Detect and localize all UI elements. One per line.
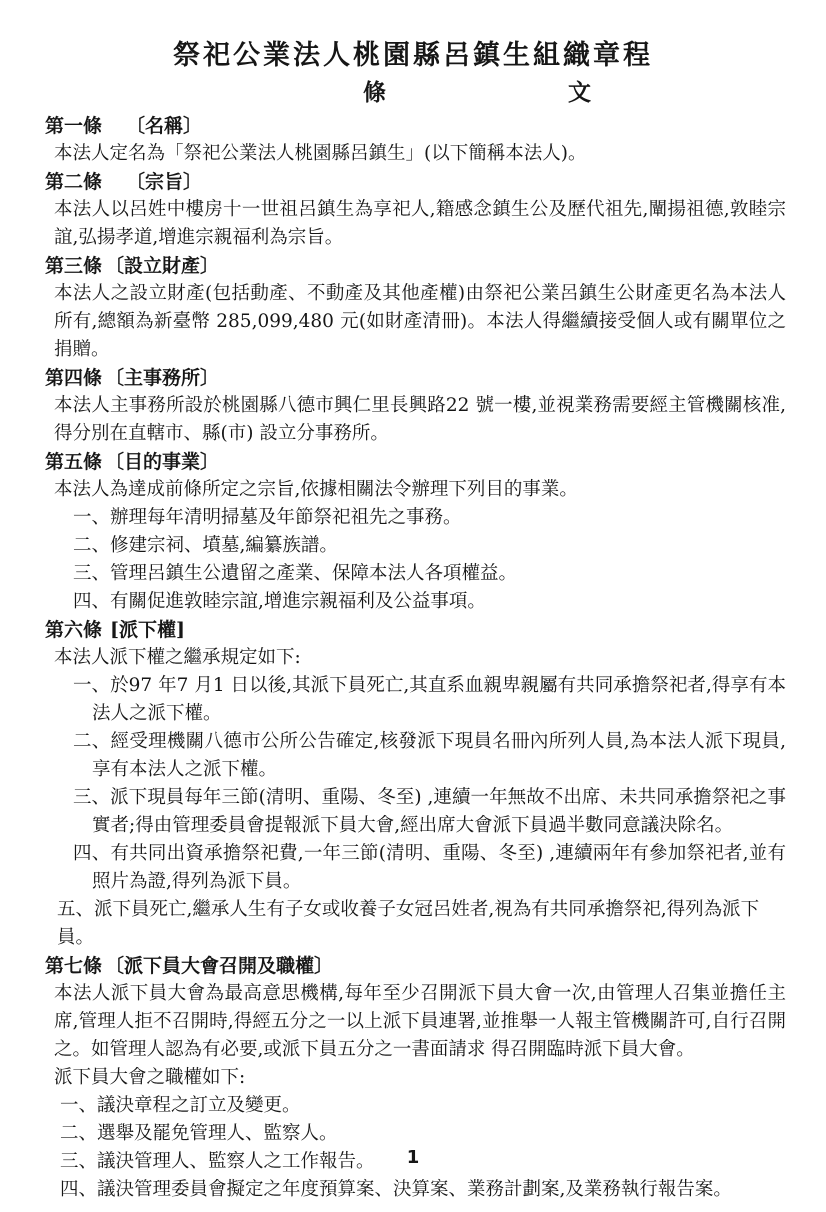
- document-page: 祭祀公業法人桃園縣呂鎮生組織章程 條 文 第一條〔名稱〕 本法人定名為「祭祀公業…: [0, 0, 826, 1212]
- list-item: 四、議決管理委員會擬定之年度預算案、決算案、業務計劃案,及業務執行報告案。: [60, 1176, 786, 1204]
- article-6: 第六條[派下權] 本法人派下權之繼承規定如下: 一、於97 年7 月1 日以後,…: [45, 616, 786, 952]
- subtitle-char-right: 文: [568, 78, 591, 108]
- article-number: 第三條: [45, 255, 102, 277]
- article-paragraph: 本法人以呂姓中樓房十一世祖呂鎮生為享祀人,籍感念鎮生公及歷代祖先,闡揚祖德,敦睦…: [54, 196, 786, 252]
- article-4: 第四條〔主事務所〕 本法人主事務所設於桃園縣八德市興仁里長興路22 號一樓,並視…: [45, 364, 786, 448]
- article-label: 〔派下員大會召開及職權〕: [105, 955, 333, 977]
- list-item: 一、議決章程之訂立及變更。: [60, 1092, 786, 1120]
- list-item: 二、經受理機關八德市公所公告確定,核發派下現員名冊內所列人員,為本法人派下現員,…: [45, 728, 786, 784]
- article-number: 第二條: [45, 171, 102, 193]
- article-heading: 第一條〔名稱〕: [45, 112, 786, 140]
- list-item: 三、派下現員每年三節(清明、重陽、冬至) ,連續一年無故不出席、未共同承擔祭祀之…: [45, 784, 786, 840]
- article-paragraph: 本法人派下員大會為最高意思機構,每年至少召開派下員大會一次,由管理人召集並擔任主…: [54, 980, 786, 1064]
- article-heading: 第六條[派下權]: [45, 616, 786, 644]
- article-heading: 第三條〔設立財產〕: [45, 252, 786, 280]
- article-heading: 第七條〔派下員大會召開及職權〕: [45, 952, 786, 980]
- article-number: 第七條: [45, 955, 102, 977]
- list-item: 二、修建宗祠、墳墓,編纂族譜。: [73, 532, 786, 560]
- article-2: 第二條〔宗旨〕 本法人以呂姓中樓房十一世祖呂鎮生為享祀人,籍感念鎮生公及歷代祖先…: [45, 168, 786, 252]
- list-item: 一、於97 年7 月1 日以後,其派下員死亡,其直系血親卑親屬有共同承擔祭祀者,…: [45, 672, 786, 728]
- list-item: 四、有關促進敦睦宗誼,增進宗親福利及公益事項。: [73, 588, 786, 616]
- article-label: 〔設立財產〕: [105, 255, 219, 277]
- article-number: 第一條: [45, 115, 102, 137]
- article-number: 第四條: [45, 367, 102, 389]
- list-item: 一、辦理每年清明掃墓及年節祭祀祖先之事務。: [73, 504, 786, 532]
- article-heading: 第五條〔目的事業〕: [45, 448, 786, 476]
- article-number: 第五條: [45, 451, 102, 473]
- article-label: [派下權]: [110, 619, 185, 641]
- list-item: 五、派下員死亡,繼承人生有子女或收養子女冠呂姓者,視為有共同承擔祭祀,得列為派下…: [57, 896, 786, 952]
- article-heading: 第二條〔宗旨〕: [45, 168, 786, 196]
- article-5: 第五條〔目的事業〕 本法人為達成前條所定之宗旨,依據相關法令辦理下列目的事業。 …: [45, 448, 786, 616]
- list-item: 三、管理呂鎮生公遺留之產業、保障本法人各項權益。: [73, 560, 786, 588]
- article-1: 第一條〔名稱〕 本法人定名為「祭祀公業法人桃園縣呂鎮生」(以下簡稱本法人)。: [45, 112, 786, 168]
- article-paragraph: 派下員大會之職權如下:: [54, 1064, 786, 1092]
- document-subtitle: 條 文: [363, 78, 786, 108]
- article-label: 〔宗旨〕: [126, 171, 202, 193]
- article-label: 〔名稱〕: [126, 115, 202, 137]
- article-paragraph: 本法人之設立財產(包括動產、不動產及其他產權)由祭祀公業呂鎮生公財產更名為本法人…: [54, 280, 786, 364]
- article-number: 第六條: [45, 619, 102, 641]
- article-label: 〔主事務所〕: [105, 367, 219, 389]
- list-item: 四、有共同出資承擔祭祀費,一年三節(清明、重陽、冬至) ,連續兩年有參加祭祀者,…: [45, 840, 786, 896]
- article-label: 〔目的事業〕: [105, 451, 219, 473]
- article-paragraph: 本法人派下權之繼承規定如下:: [54, 644, 786, 672]
- article-paragraph: 本法人為達成前條所定之宗旨,依據相關法令辦理下列目的事業。: [54, 476, 786, 504]
- article-3: 第三條〔設立財產〕 本法人之設立財產(包括動產、不動產及其他產權)由祭祀公業呂鎮…: [45, 252, 786, 364]
- page-number: 1: [0, 1144, 826, 1172]
- article-paragraph: 本法人主事務所設於桃園縣八德市興仁里長興路22 號一樓,並視業務需要經主管機關核…: [54, 392, 786, 448]
- document-title: 祭祀公業法人桃園縣呂鎮生組織章程: [45, 36, 781, 76]
- subtitle-char-left: 條: [363, 78, 386, 108]
- article-paragraph: 本法人定名為「祭祀公業法人桃園縣呂鎮生」(以下簡稱本法人)。: [54, 140, 786, 168]
- article-heading: 第四條〔主事務所〕: [45, 364, 786, 392]
